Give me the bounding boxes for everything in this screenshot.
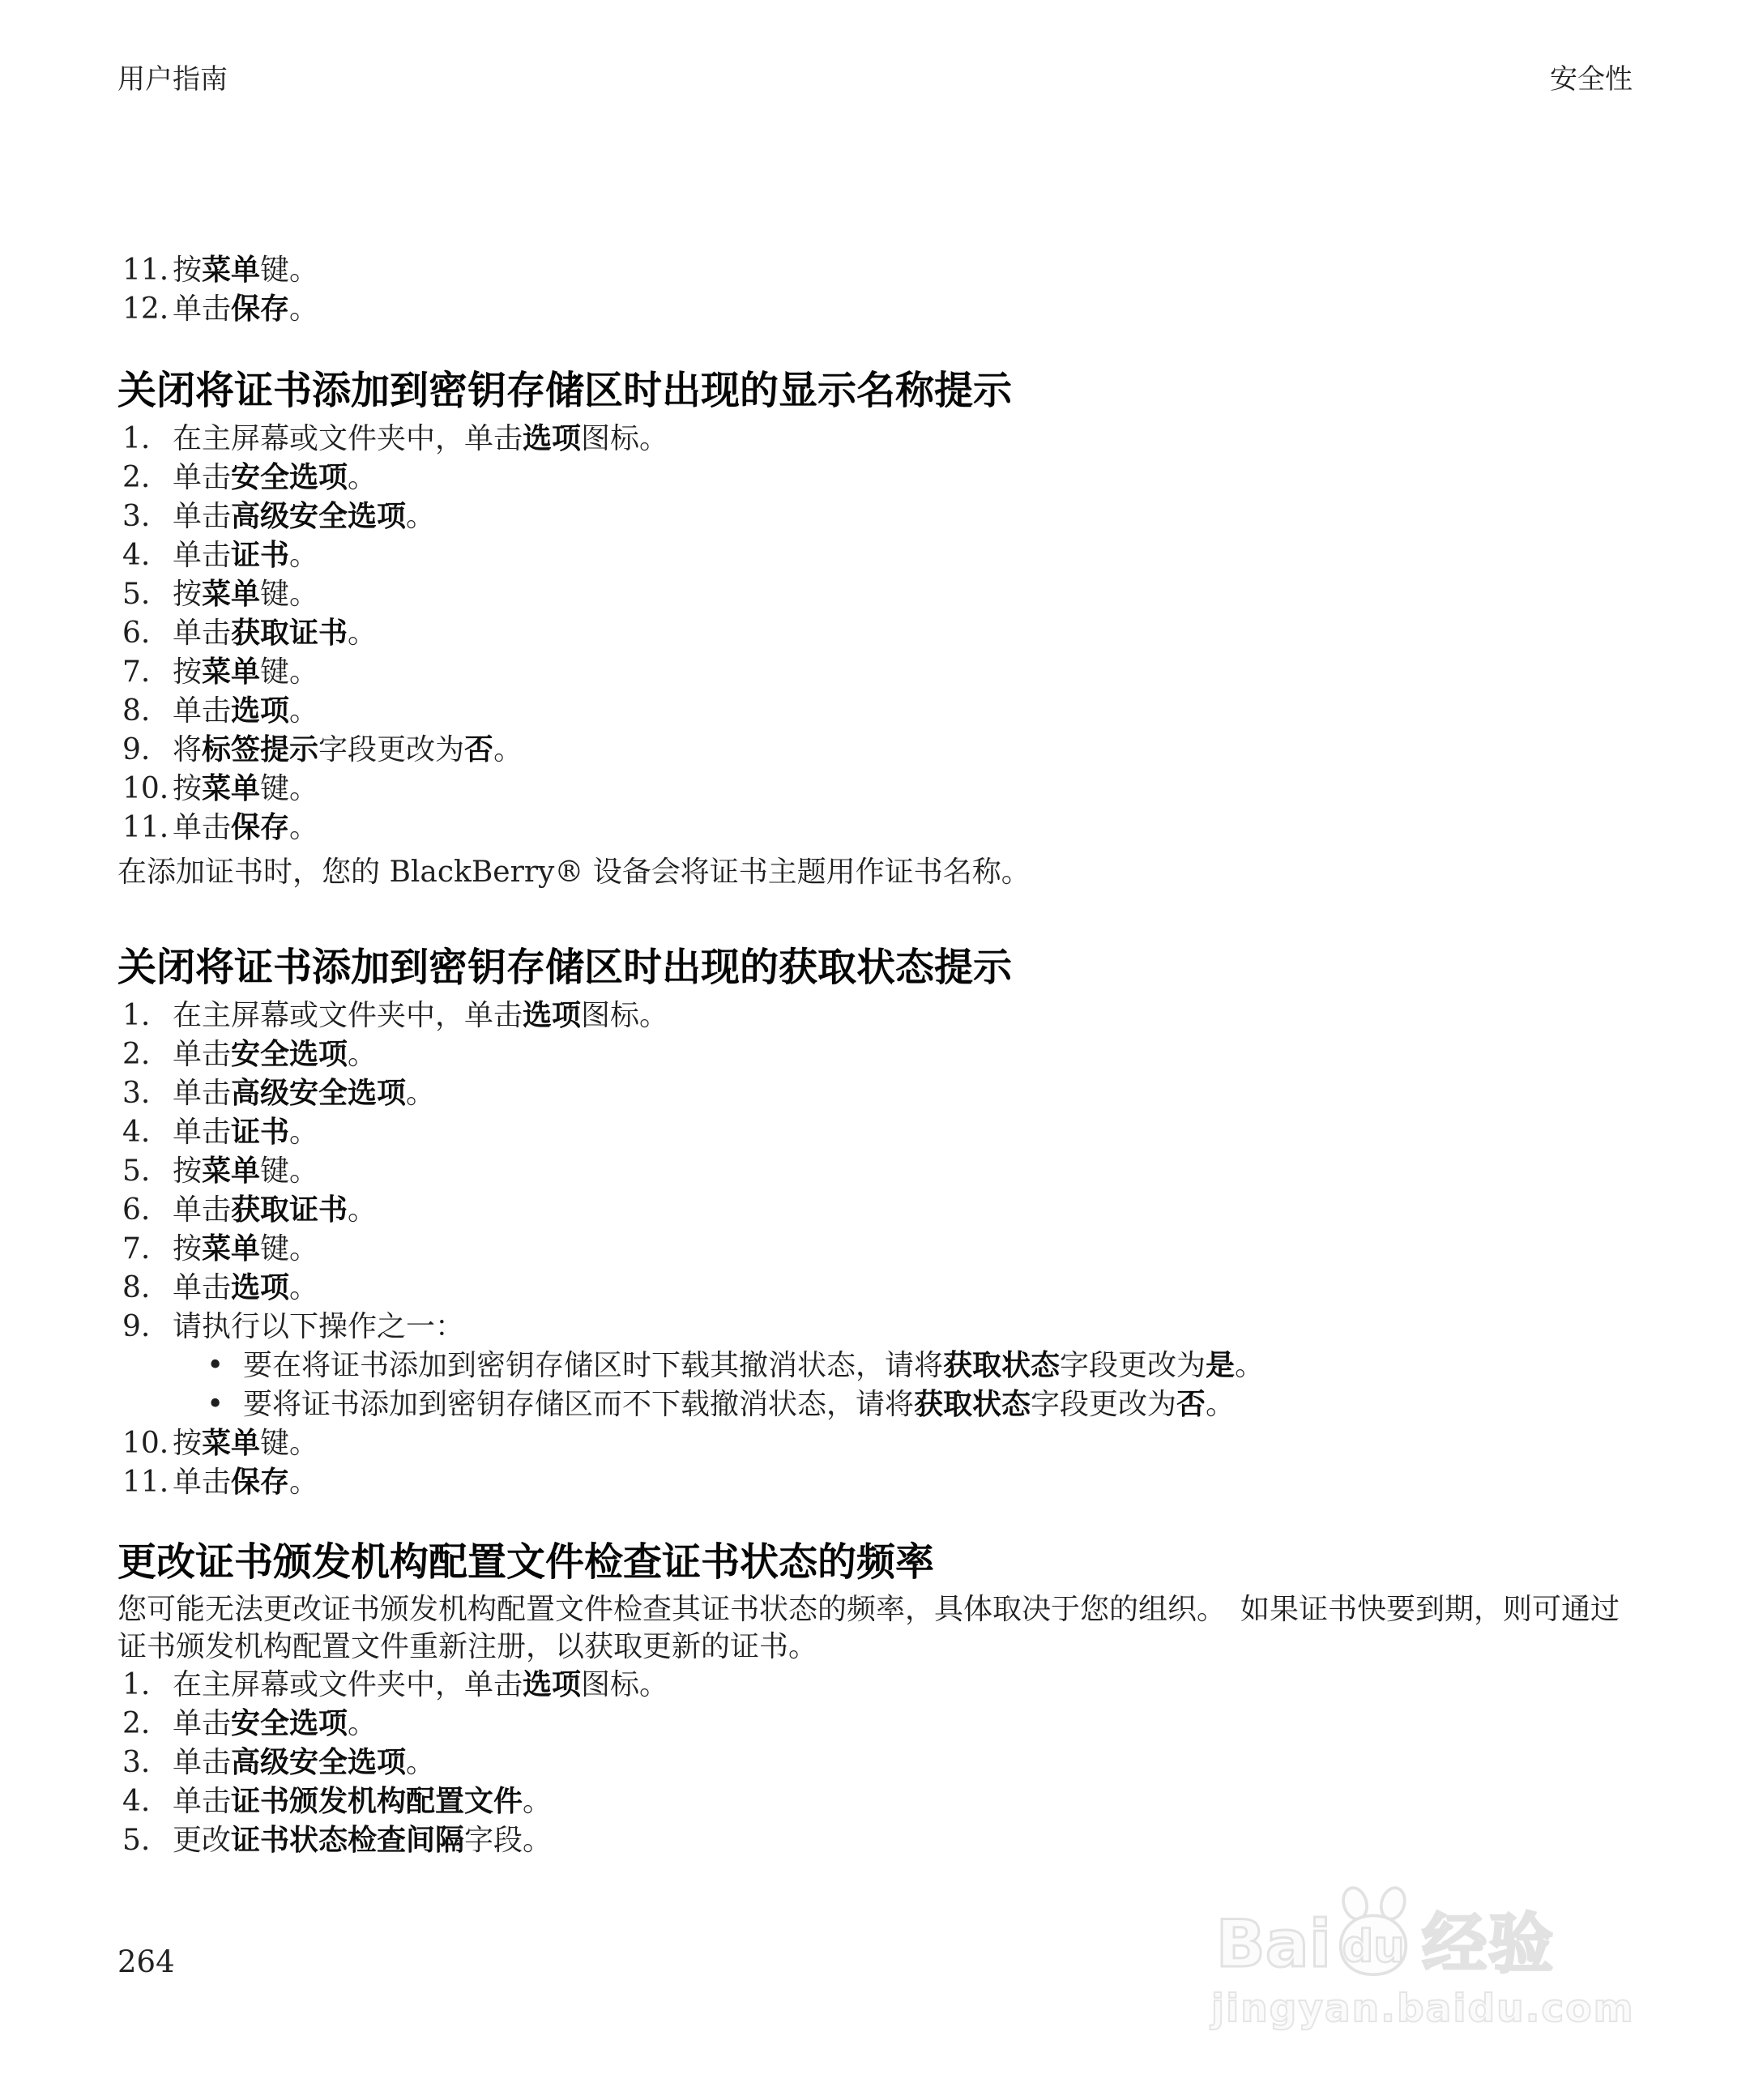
section-fetch-status-prompt: 关闭将证书添加到密钥存储区时出现的获取状态提示 在主屏幕或文件夹中，单击选项图标… xyxy=(117,943,1633,1502)
baidu-watermark: Bai du 经验 jingyan.baidu.com xyxy=(1211,1881,1560,2031)
baidu-paw-icon: du xyxy=(1328,1881,1419,1980)
section-steps-list: 在主屏幕或文件夹中，单击选项图标。单击安全选项。单击高级安全选项。单击证书。按菜… xyxy=(117,420,1633,847)
step-item: 单击证书。 xyxy=(117,1113,1633,1152)
step-item: 单击安全选项。 xyxy=(117,1705,1633,1744)
sub-bullet-list: 要在将证书添加到密钥存储区时下载其撤消状态，请将获取状态字段更改为是。要将证书添… xyxy=(173,1347,1633,1424)
sub-bullet-item: 要将证书添加到密钥存储区而不下载撤消状态，请将获取状态字段更改为否。 xyxy=(173,1385,1633,1424)
section-steps-list: 在主屏幕或文件夹中，单击选项图标。单击安全选项。单击高级安全选项。单击证书颁发机… xyxy=(117,1666,1633,1860)
step-item: 将标签提示字段更改为否。 xyxy=(117,731,1633,770)
step-item: 单击保存。 xyxy=(117,290,1633,329)
section-steps-list: 在主屏幕或文件夹中，单击选项图标。单击安全选项。单击高级安全选项。单击证书。按菜… xyxy=(117,997,1633,1502)
step-item: 单击选项。 xyxy=(117,692,1633,731)
header-doc-title: 用户指南 xyxy=(117,62,228,97)
sub-bullet-item: 要在将证书添加到密钥存储区时下载其撤消状态，请将获取状态字段更改为是。 xyxy=(173,1347,1633,1385)
step-item: 单击获取证书。 xyxy=(117,1191,1633,1230)
section-title: 关闭将证书添加到密钥存储区时出现的获取状态提示 xyxy=(117,943,1633,992)
baidu-logo-text-jingyan: 经验 xyxy=(1422,1912,1555,1977)
baidu-logo-text-du: du xyxy=(1342,1925,1405,1969)
step-item: 单击获取证书。 xyxy=(117,614,1633,653)
step-item: 按菜单键。 xyxy=(117,1152,1633,1191)
step-item: 按菜单键。 xyxy=(117,575,1633,614)
section-title: 更改证书颁发机构配置文件检查证书状态的频率 xyxy=(117,1538,1633,1586)
step-item: 按菜单键。 xyxy=(117,1424,1633,1463)
step-item: 单击保存。 xyxy=(117,809,1633,847)
section-display-name-prompt: 关闭将证书添加到密钥存储区时出现的显示名称提示 在主屏幕或文件夹中，单击选项图标… xyxy=(117,366,1633,891)
step-item: 单击安全选项。 xyxy=(117,1035,1633,1074)
step-item: 按菜单键。 xyxy=(117,1230,1633,1269)
baidu-logo-text-bai: Bai xyxy=(1216,1912,1331,1977)
page-number: 264 xyxy=(117,1944,175,1979)
step-item: 单击证书颁发机构配置文件。 xyxy=(117,1782,1633,1821)
document-body: 按菜单键。单击保存。 关闭将证书添加到密钥存储区时出现的显示名称提示 在主屏幕或… xyxy=(117,251,1633,1860)
baidu-logo: Bai du 经验 xyxy=(1211,1881,1560,1977)
step-item: 按菜单键。 xyxy=(117,653,1633,692)
step-item: 单击安全选项。 xyxy=(117,459,1633,497)
step-item: 单击高级安全选项。 xyxy=(117,497,1633,536)
step-item: 按菜单键。 xyxy=(117,251,1633,290)
section-ca-profile-frequency: 更改证书颁发机构配置文件检查证书状态的频率 您可能无法更改证书颁发机构配置文件检… xyxy=(117,1538,1633,1860)
header-section-title: 安全性 xyxy=(1550,62,1633,97)
document-page: 用户指南 安全性 按菜单键。单击保存。 关闭将证书添加到密钥存储区时出现的显示名… xyxy=(0,0,1750,2100)
step-item: 更改证书状态检查间隔字段。 xyxy=(117,1821,1633,1860)
page-header: 用户指南 安全性 xyxy=(117,62,1633,97)
step-item: 在主屏幕或文件夹中，单击选项图标。 xyxy=(117,420,1633,459)
step-item: 在主屏幕或文件夹中，单击选项图标。 xyxy=(117,997,1633,1035)
section-note: 在添加证书时，您的 BlackBerry® 设备会将证书主题用作证书名称。 xyxy=(117,854,1633,891)
intro-steps-list: 按菜单键。单击保存。 xyxy=(117,251,1633,329)
step-item: 单击高级安全选项。 xyxy=(117,1744,1633,1782)
step-item: 单击高级安全选项。 xyxy=(117,1074,1633,1113)
section-title: 关闭将证书添加到密钥存储区时出现的显示名称提示 xyxy=(117,366,1633,415)
step-item: 请执行以下操作之一：要在将证书添加到密钥存储区时下载其撤消状态，请将获取状态字段… xyxy=(117,1308,1633,1424)
watermark-url: jingyan.baidu.com xyxy=(1211,1987,1560,2031)
step-item: 在主屏幕或文件夹中，单击选项图标。 xyxy=(117,1666,1633,1705)
section-intro-paragraph: 您可能无法更改证书颁发机构配置文件检查其证书状态的频率，具体取决于您的组织。 如… xyxy=(117,1591,1633,1666)
step-item: 按菜单键。 xyxy=(117,770,1633,809)
step-item: 单击保存。 xyxy=(117,1463,1633,1502)
step-item: 单击选项。 xyxy=(117,1269,1633,1308)
step-item: 单击证书。 xyxy=(117,536,1633,575)
